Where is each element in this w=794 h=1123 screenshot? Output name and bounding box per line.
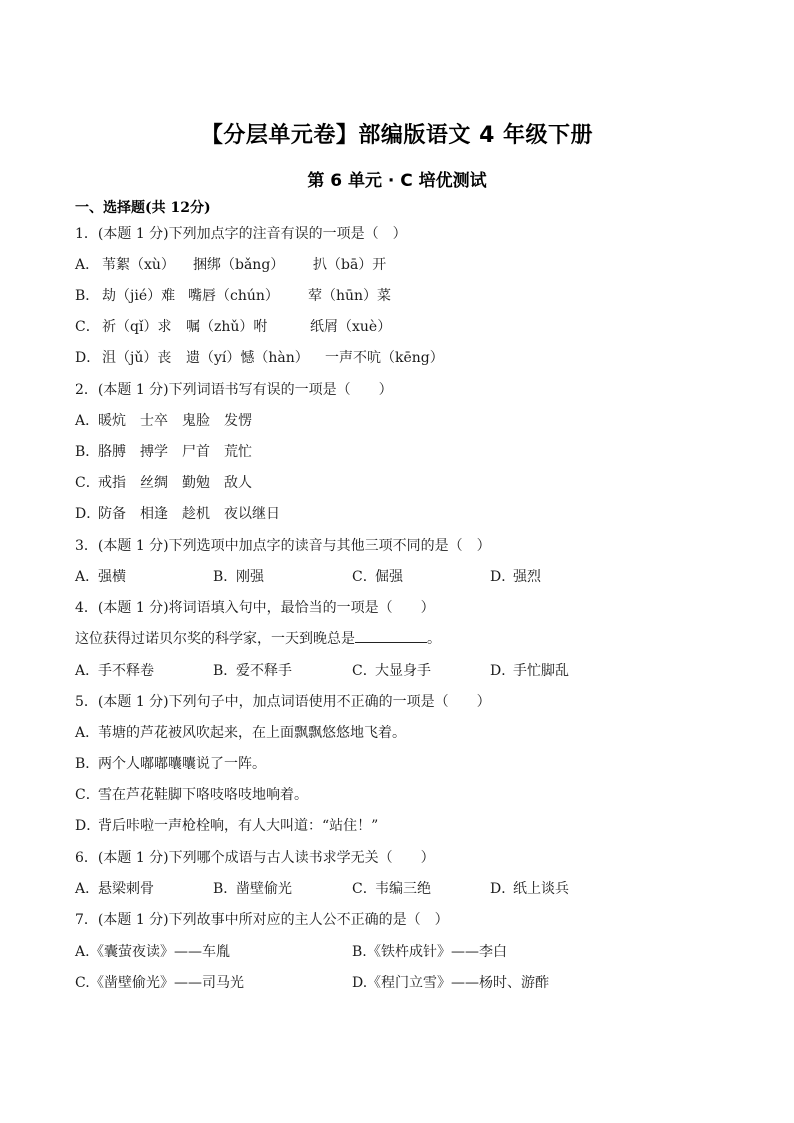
option-label: A． (75, 724, 99, 742)
option-text: 《凿壁偷光》——司马光 (90, 974, 244, 992)
option-label: A． (75, 880, 99, 898)
option-text: 倔强 (375, 568, 403, 586)
option-part: 纸屑（xuè） (310, 318, 391, 336)
option-label: B． (75, 755, 99, 773)
option-label: D． (490, 568, 515, 586)
section-heading: 一、选择题(共 12分) (75, 199, 211, 217)
option-text: 悬梁刺骨 (98, 880, 154, 898)
option-part: 沮（jǔ）丧 (102, 349, 171, 367)
option-part: 遗（yí）憾（hàn） (186, 349, 309, 367)
option-text: 手忙脚乱 (513, 662, 569, 680)
option-label: A. (75, 943, 90, 961)
option-label: D． (490, 662, 515, 680)
option-text: 韦编三绝 (375, 880, 431, 898)
page-title: 【分层单元卷】部编版语文 4 年级下册 (0, 118, 794, 149)
question-3-stem: 3．(本题 1 分)下列选项中加点字的读音与其他三项不同的是（ ） (75, 537, 491, 555)
option-part: 一声不吭（kēng） (325, 349, 444, 367)
option-part: 荤（hūn）菜 (308, 287, 391, 305)
question-4-stem: 4．(本题 1 分)将词语填入句中，最恰当的一项是（ ） (75, 599, 435, 617)
option-label: B． (75, 443, 99, 461)
option-text: 《铁杵成针》——李白 (367, 943, 507, 961)
option-label: C． (75, 318, 100, 336)
option-text: 凿壁偷光 (236, 880, 292, 898)
option-text: 强烈 (513, 568, 541, 586)
option-part: 劫（jié）难 (102, 287, 175, 305)
option-label: B． (213, 662, 237, 680)
option-part: 扒（bā）开 (313, 256, 386, 274)
option-part: 祈（qǐ）求 (102, 318, 171, 336)
question-6-stem: 6．(本题 1 分)下列哪个成语与古人读书求学无关（ ） (75, 849, 435, 867)
fill-blank (355, 630, 427, 643)
option-label: C. (75, 974, 90, 992)
option-label: C． (75, 786, 100, 804)
option-text: 胳膊 搏学 尸首 荒忙 (98, 443, 252, 461)
option-label: A． (75, 412, 99, 430)
option-label: B． (75, 287, 99, 305)
option-label: B． (213, 880, 237, 898)
option-text: 《囊萤夜读》——车胤 (90, 943, 230, 961)
option-label: D． (75, 505, 100, 523)
page-subtitle: 第 6 单元 · C 培优测试 (0, 166, 794, 191)
option-label: C． (352, 568, 377, 586)
option-text: 防备 相逢 趁机 夜以继日 (98, 505, 280, 523)
option-label: B． (213, 568, 237, 586)
option-label: A． (75, 568, 99, 586)
sentence-end: 。 (427, 631, 441, 647)
option-text: 《程门立雪》——杨时、游酢 (367, 974, 549, 992)
option-text: 雪在芦花鞋脚下咯吱咯吱地响着。 (98, 786, 308, 804)
option-part: 捆绑（bǎng） (193, 256, 284, 274)
option-text: 背后咔啦一声枪栓响，有人大叫道：“站住！” (98, 817, 378, 835)
option-label: D． (75, 349, 100, 367)
option-text: 大显身手 (375, 662, 431, 680)
option-label: C． (352, 880, 377, 898)
question-2-stem: 2．(本题 1 分)下列词语书写有误的一项是（ ） (75, 381, 393, 399)
option-part: 嘱（zhǔ）咐 (186, 318, 267, 336)
option-label: A． (75, 662, 99, 680)
option-label: C． (352, 662, 377, 680)
option-text: 手不释卷 (98, 662, 154, 680)
option-part: 苇絮（xù） (102, 256, 175, 274)
option-label: A． (75, 256, 99, 274)
option-text: 刚强 (236, 568, 264, 586)
option-text: 强横 (98, 568, 126, 586)
question-1-stem: 1．(本题 1 分)下列加点字的注音有误的一项是（ ） (75, 225, 407, 243)
option-text: 暖炕 士卒 鬼脸 发愣 (98, 412, 252, 430)
option-label: B. (352, 943, 367, 961)
question-7-stem: 7．(本题 1 分)下列故事中所对应的主人公不正确的是（ ） (75, 911, 449, 929)
option-part: 嘴唇（chún） (188, 287, 279, 305)
option-label: D． (490, 880, 515, 898)
option-label: C． (75, 474, 100, 492)
option-text: 两个人嘟嘟囔囔说了一阵。 (98, 755, 266, 773)
option-label: D. (352, 974, 367, 992)
sentence-text: 这位获得过诺贝尔奖的科学家，一天到晚总是 (75, 631, 355, 647)
question-5-stem: 5．(本题 1 分)下列句子中，加点词语使用不正确的一项是（ ） (75, 693, 491, 711)
option-text: 纸上谈兵 (513, 880, 569, 898)
option-text: 爱不释手 (236, 662, 292, 680)
option-text: 苇塘的芦花被风吹起来，在上面飘飘悠悠地飞着。 (98, 724, 406, 742)
option-label: D． (75, 817, 100, 835)
option-text: 戒指 丝绸 勤勉 敌人 (98, 474, 252, 492)
question-4-sentence: 这位获得过诺贝尔奖的科学家，一天到晚总是。 (75, 630, 441, 648)
